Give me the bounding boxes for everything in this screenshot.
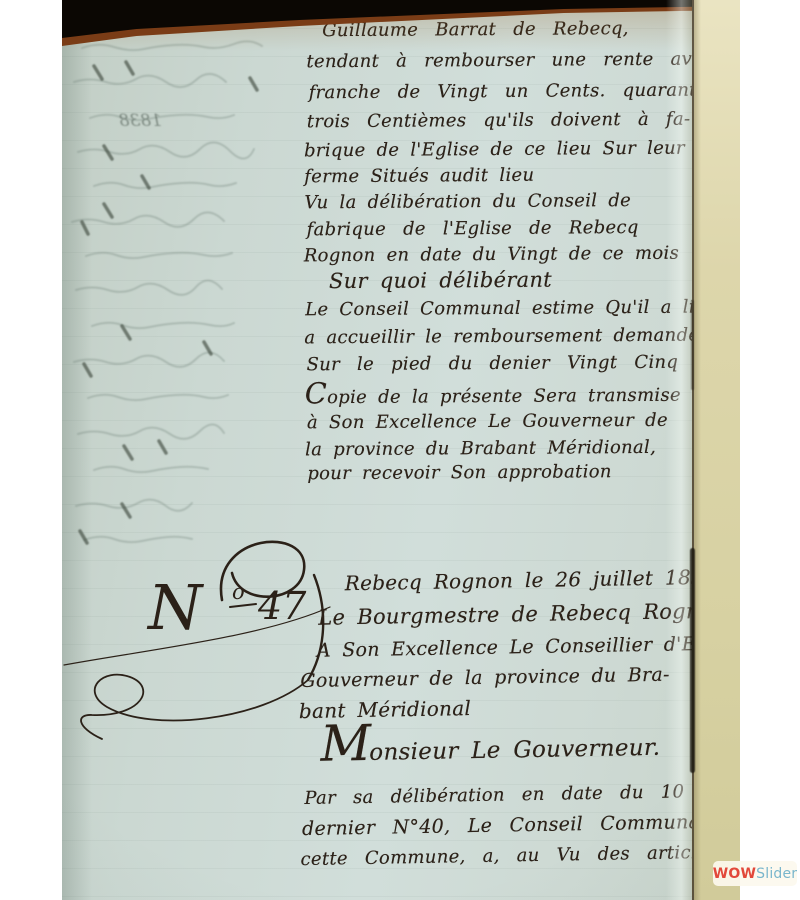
- watermark-wow-label: WOW: [713, 866, 756, 882]
- book-page-edges: [692, 0, 740, 900]
- manuscript-photo: 1838 Guillaume Barrat de Rebecq, tendant…: [62, 0, 740, 900]
- page-edge-shadow: [691, 300, 694, 390]
- photo-vignette: [62, 0, 740, 900]
- watermark-slider-label: Slider: [756, 866, 797, 882]
- slider-frame: 1838 Guillaume Barrat de Rebecq, tendant…: [0, 0, 800, 900]
- wowslider-watermark[interactable]: WOWSlider: [713, 861, 797, 886]
- page-edge-shadow: [690, 548, 695, 773]
